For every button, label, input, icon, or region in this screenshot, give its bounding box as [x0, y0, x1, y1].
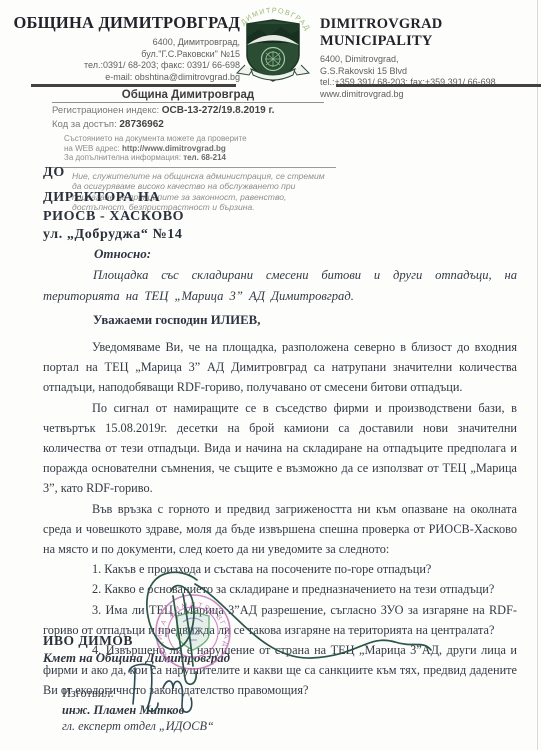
signer-title: Кмет на Община Димитровград	[43, 651, 230, 666]
note-line: на WEB адрес: http://www.dimitrovgrad.bg	[64, 144, 336, 154]
subject-label: Относно:	[94, 246, 151, 262]
registration-index-value: ОСВ-13-272/19.8.2019 г.	[162, 105, 275, 116]
address-line: тел.:0391/ 68-203; факс: 0391/ 66-698	[0, 60, 240, 72]
registration-index-row: Регистрационен индекс: ОСВ-13-272/19.8.2…	[52, 105, 324, 117]
salutation: Уважаеми господин ИЛИЕВ,	[93, 313, 260, 328]
scanned-letter-page: ОБЩИНА ДИМИТРОВГРАД 6400, Димитровград, …	[0, 0, 541, 750]
recipient-block: ДИРЕКТОРА НА РИОСВ - ХАСКОВО ул. „Добруд…	[43, 189, 184, 245]
scan-edge-artifact	[537, 0, 538, 750]
municipality-address-en: 6400, Dimitrovgrad, G.S.Rakovski 15 Blvd…	[320, 54, 541, 100]
web-address-label: на WEB адрес:	[64, 144, 120, 153]
header-right-block: DIMITROVGRAD MUNICIPALITY 6400, Dimitrov…	[320, 16, 541, 100]
address-line: бул."Г.С.Раковски" №15	[0, 49, 240, 61]
registration-index-label: Регистрационен индекс:	[52, 105, 159, 116]
info-phone-value: тел. 68-214	[183, 153, 226, 162]
subject-text: Площадка със складирани смесени битови и…	[43, 265, 517, 307]
access-code-value: 28736962	[119, 119, 164, 130]
address-line: 6400, Димитровград,	[0, 37, 240, 49]
address-line: G.S.Rakovski 15 Blvd	[320, 66, 541, 78]
municipality-address-bg: 6400, Димитровград, бул."Г.С.Раковски" №…	[0, 37, 240, 83]
recipient-line: ул. „Добруджа“ №14	[43, 226, 184, 245]
municipality-name-bg: ОБЩИНА ДИМИТРОВГРАД	[0, 13, 240, 33]
header-left-block: ОБЩИНА ДИМИТРОВГРАД 6400, Димитровград, …	[0, 13, 240, 83]
question-item: 1. Какъв е произхода и състава на посоче…	[43, 559, 517, 579]
question-item: 4. Извършено ли е нарушение от страна на…	[43, 640, 517, 701]
address-line: e-mail: obshtina@dimitrovgrad.bg	[0, 72, 240, 84]
header-divider-right	[336, 84, 541, 87]
registration-code-row: Код за достъп: 28736962	[52, 119, 324, 131]
paragraph: Във връзка с горното и предвид загрижено…	[43, 499, 517, 560]
registration-notes: Състоянието на документа можете да прове…	[52, 134, 336, 168]
web-address-value: http://www.dimitrovgrad.bg	[122, 144, 226, 153]
question-item: 2. Какво е основанието за складиране и п…	[43, 579, 517, 599]
registration-title: Община Димитровград	[52, 89, 324, 103]
municipality-coat-of-arms-icon: ДИМИТРОВГРАД	[229, 3, 317, 89]
note-line: За допълнителна информация: тел. 68-214	[64, 153, 336, 163]
paragraph: Уведомяваме Ви, че на площадка, разполож…	[43, 337, 517, 398]
recipient-line: ДИРЕКТОРА НА	[43, 189, 184, 208]
paragraph: По сигнал от намиращите се в съседство ф…	[43, 398, 517, 499]
header-divider-left	[31, 84, 236, 87]
signer-name: ИВО ДИМОВ	[43, 633, 133, 649]
address-line: 6400, Dimitrovgrad,	[320, 54, 541, 66]
municipality-name-en: DIMITROVGRAD MUNICIPALITY	[320, 16, 541, 50]
note-line: Състоянието на документа можете да прове…	[64, 134, 336, 144]
access-code-label: Код за достъп:	[52, 119, 117, 130]
info-phone-label: За допълнителна информация:	[64, 153, 181, 162]
address-line: www.dimitrovgrad.bg	[320, 89, 541, 101]
recipient-line: РИОСВ - ХАСКОВО	[43, 208, 184, 227]
recipient-to: ДО	[43, 165, 65, 181]
prepared-by-label: Изготвил:	[62, 686, 114, 701]
prepared-by-name: инж. Пламен Митков	[62, 703, 184, 718]
prepared-by-title: гл. експерт отдел „ИДОСВ“	[62, 719, 214, 734]
